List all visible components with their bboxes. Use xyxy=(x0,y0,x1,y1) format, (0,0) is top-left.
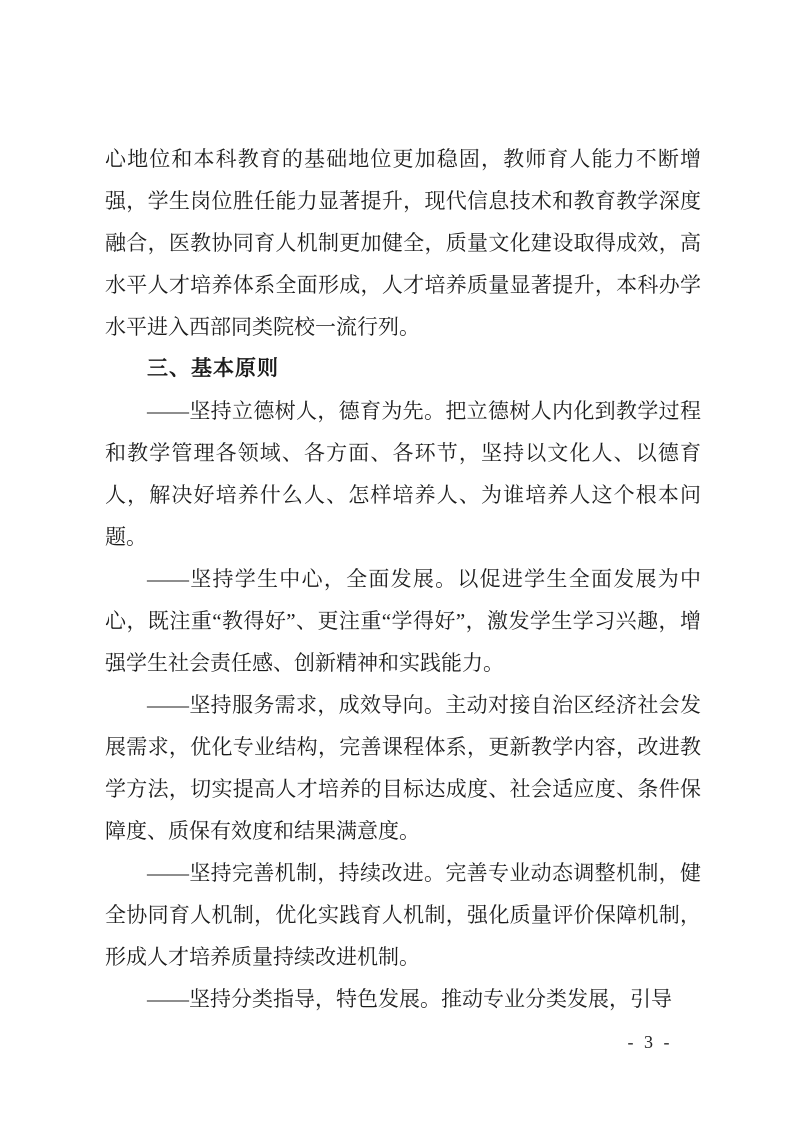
page-number: - 3 - xyxy=(615,1030,685,1054)
paragraph-principle-service-demand: ——坚持服务需求，成效导向。主动对接自治区经济社会发展需求，优化专业结构，完善课… xyxy=(105,684,701,852)
paragraph-principle-student-center: ——坚持学生中心，全面发展。以促进学生全面发展为中心，既注重“教得好”、更注重“… xyxy=(105,558,701,684)
document-page: 心地位和本科教育的基础地位更加稳固，教师育人能力不断增强，学生岗位胜任能力显著提… xyxy=(0,0,793,1122)
document-body: 心地位和本科教育的基础地位更加稳固，教师育人能力不断增强，学生岗位胜任能力显著提… xyxy=(105,138,701,1020)
paragraph-principle-mechanism: ——坚持完善机制，持续改进。完善专业动态调整机制，健全协同育人机制，优化实践育人… xyxy=(105,852,701,978)
paragraph-continuation: 心地位和本科教育的基础地位更加稳固，教师育人能力不断增强，学生岗位胜任能力显著提… xyxy=(105,138,701,348)
section-heading: 三、基本原则 xyxy=(105,348,701,390)
paragraph-principle-lideshuren: ——坚持立德树人，德育为先。把立德树人内化到教学过程和教学管理各领域、各方面、各… xyxy=(105,390,701,558)
paragraph-principle-classified-guidance: ——坚持分类指导，特色发展。推动专业分类发展，引导 xyxy=(105,978,701,1020)
